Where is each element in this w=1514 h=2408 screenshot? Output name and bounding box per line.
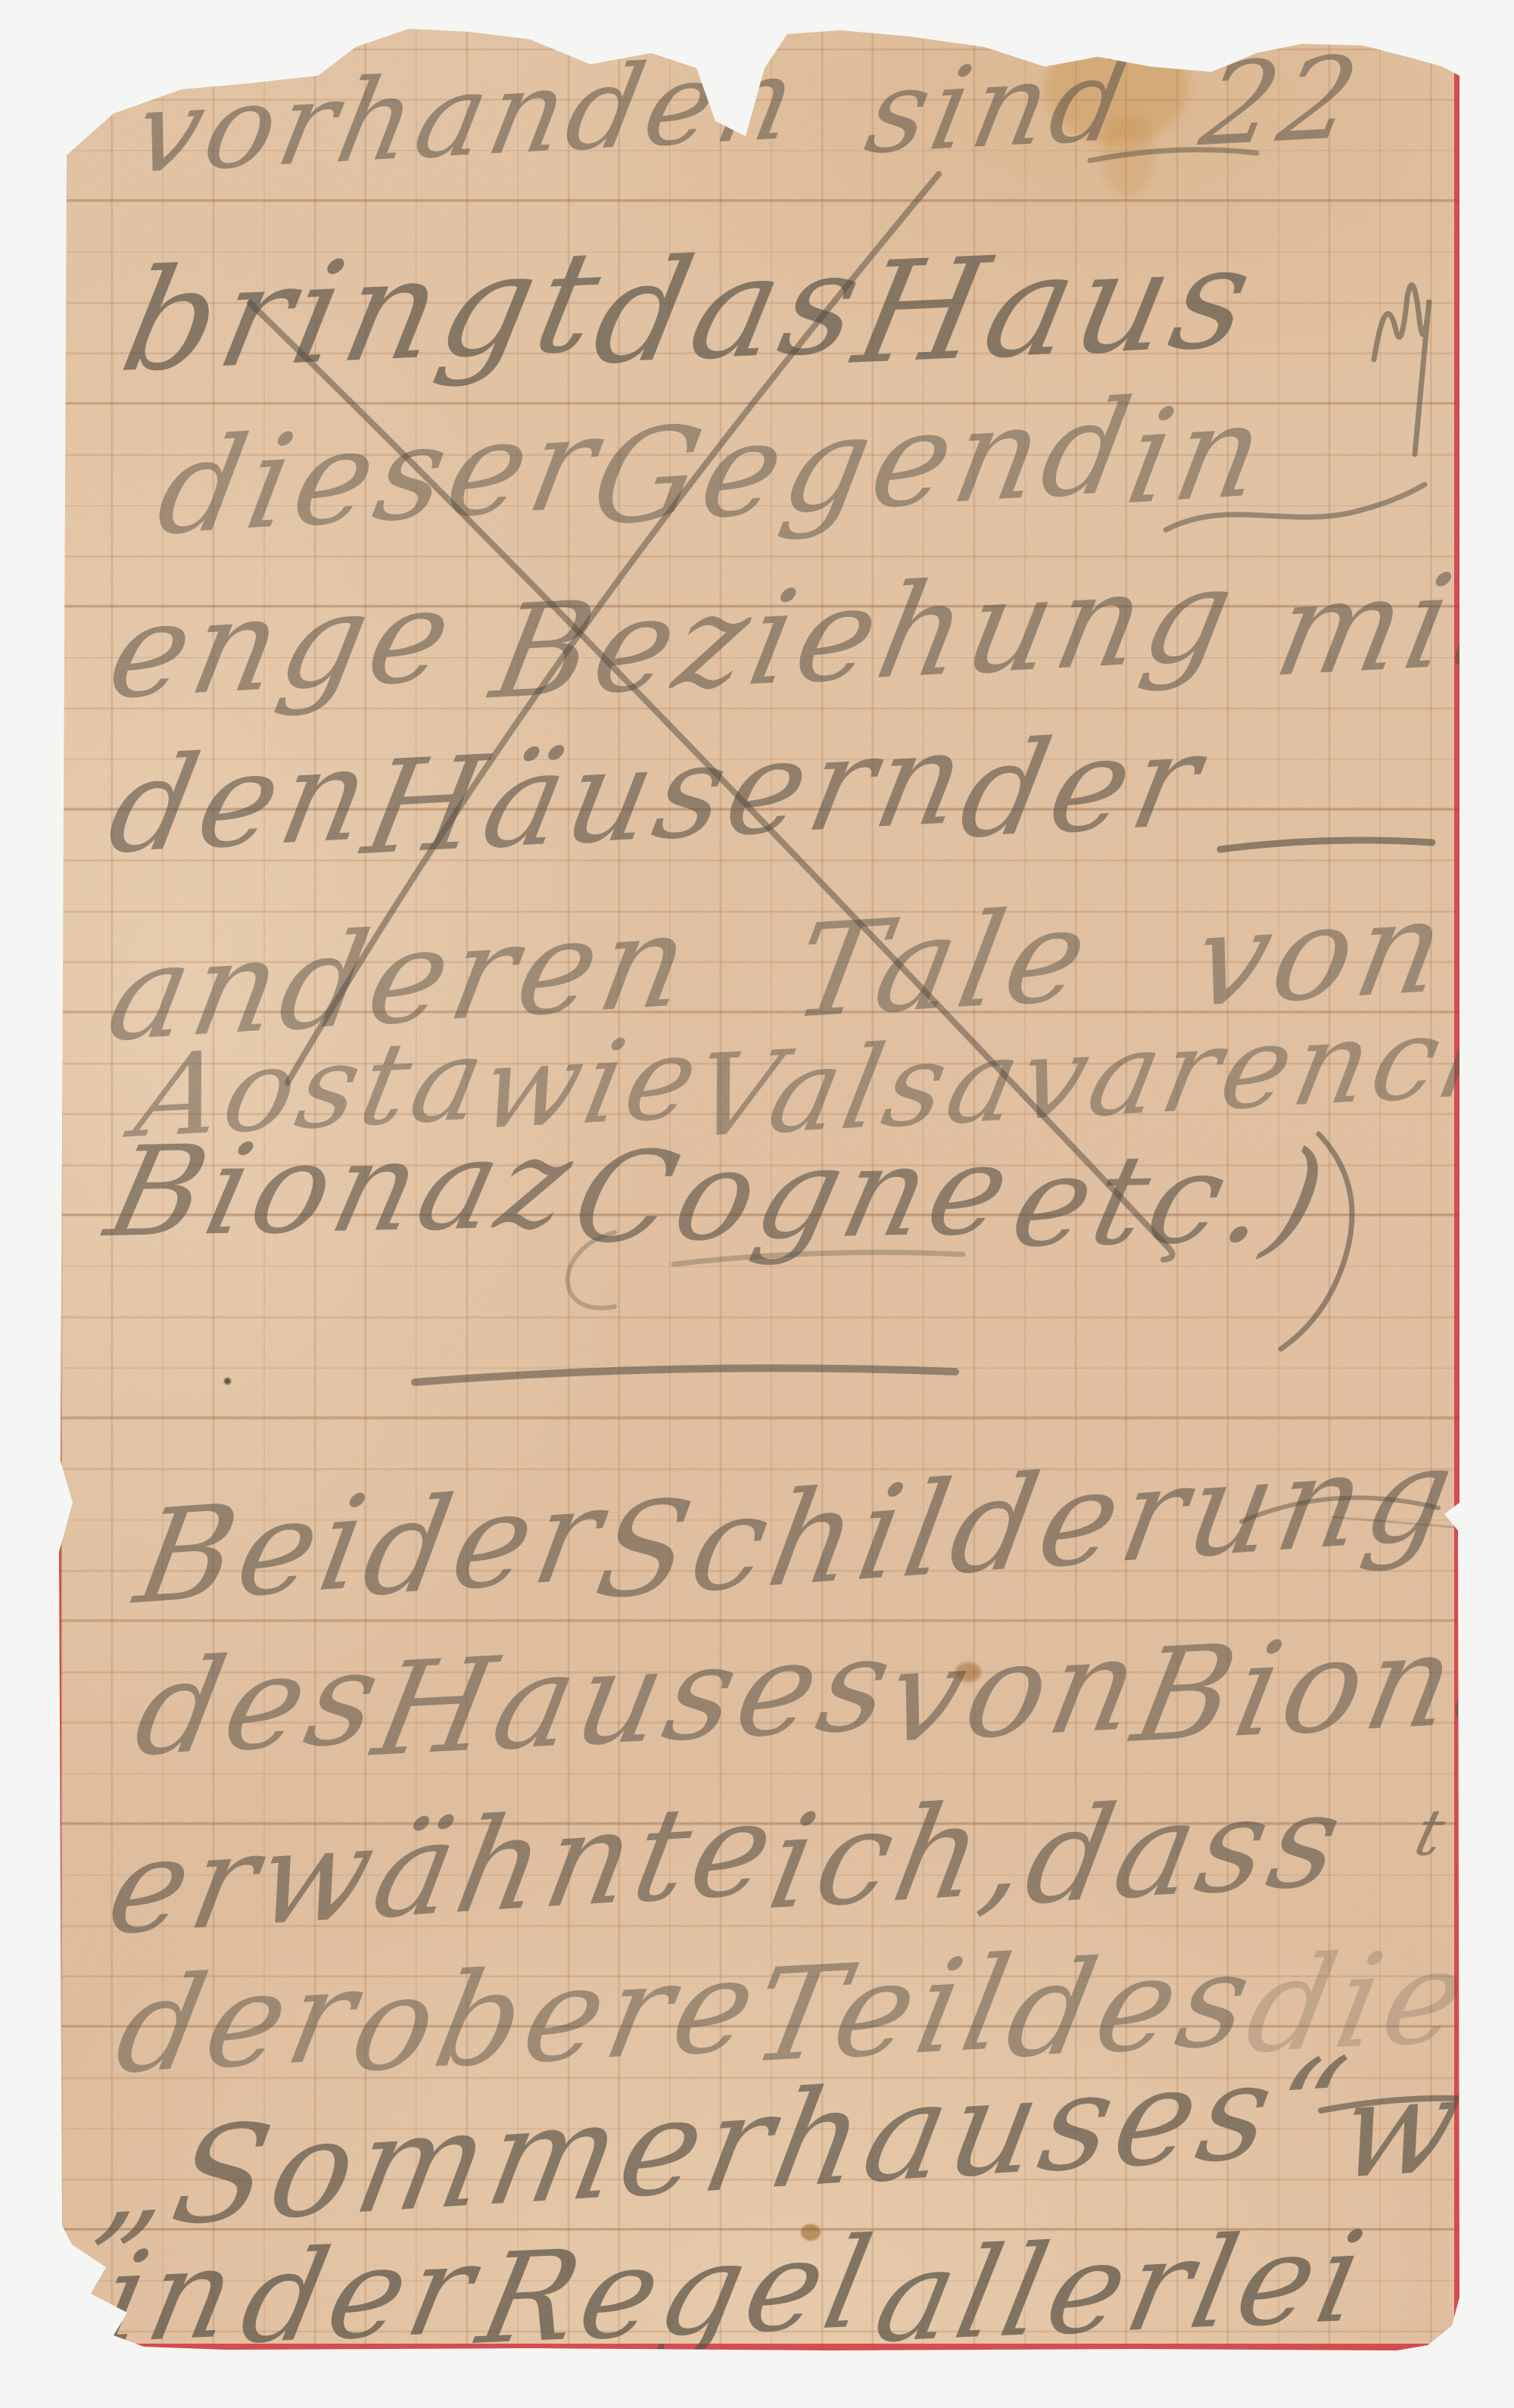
- separator-dash-dark: [415, 1368, 955, 1382]
- paper-sheet: vorhandensind22 bringtdasHaus dieserGege…: [0, 0, 1514, 2408]
- margin-mark: [1374, 285, 1429, 454]
- pencil-marks-overlay: [0, 0, 1514, 2408]
- strikethrough-x-stroke-2: [288, 174, 939, 1083]
- separator-dash-faint: [674, 1252, 963, 1264]
- dash-after-sind: [1090, 150, 1257, 160]
- dash-after-wo: [1321, 2098, 1458, 2111]
- scanned-note-page: vorhandensind22 bringtdasHaus dieserGege…: [0, 0, 1514, 2408]
- flourish-after-in: [1166, 484, 1425, 530]
- red-edge-left: [56, 140, 61, 2354]
- dash-after-der: [1220, 840, 1432, 849]
- e-flourish: [568, 1232, 615, 1308]
- strikethrough-x-stroke-1: [250, 303, 1173, 1260]
- crease-line: [1332, 1517, 1459, 1528]
- paren-flourish-after-etc: [1281, 1134, 1352, 1349]
